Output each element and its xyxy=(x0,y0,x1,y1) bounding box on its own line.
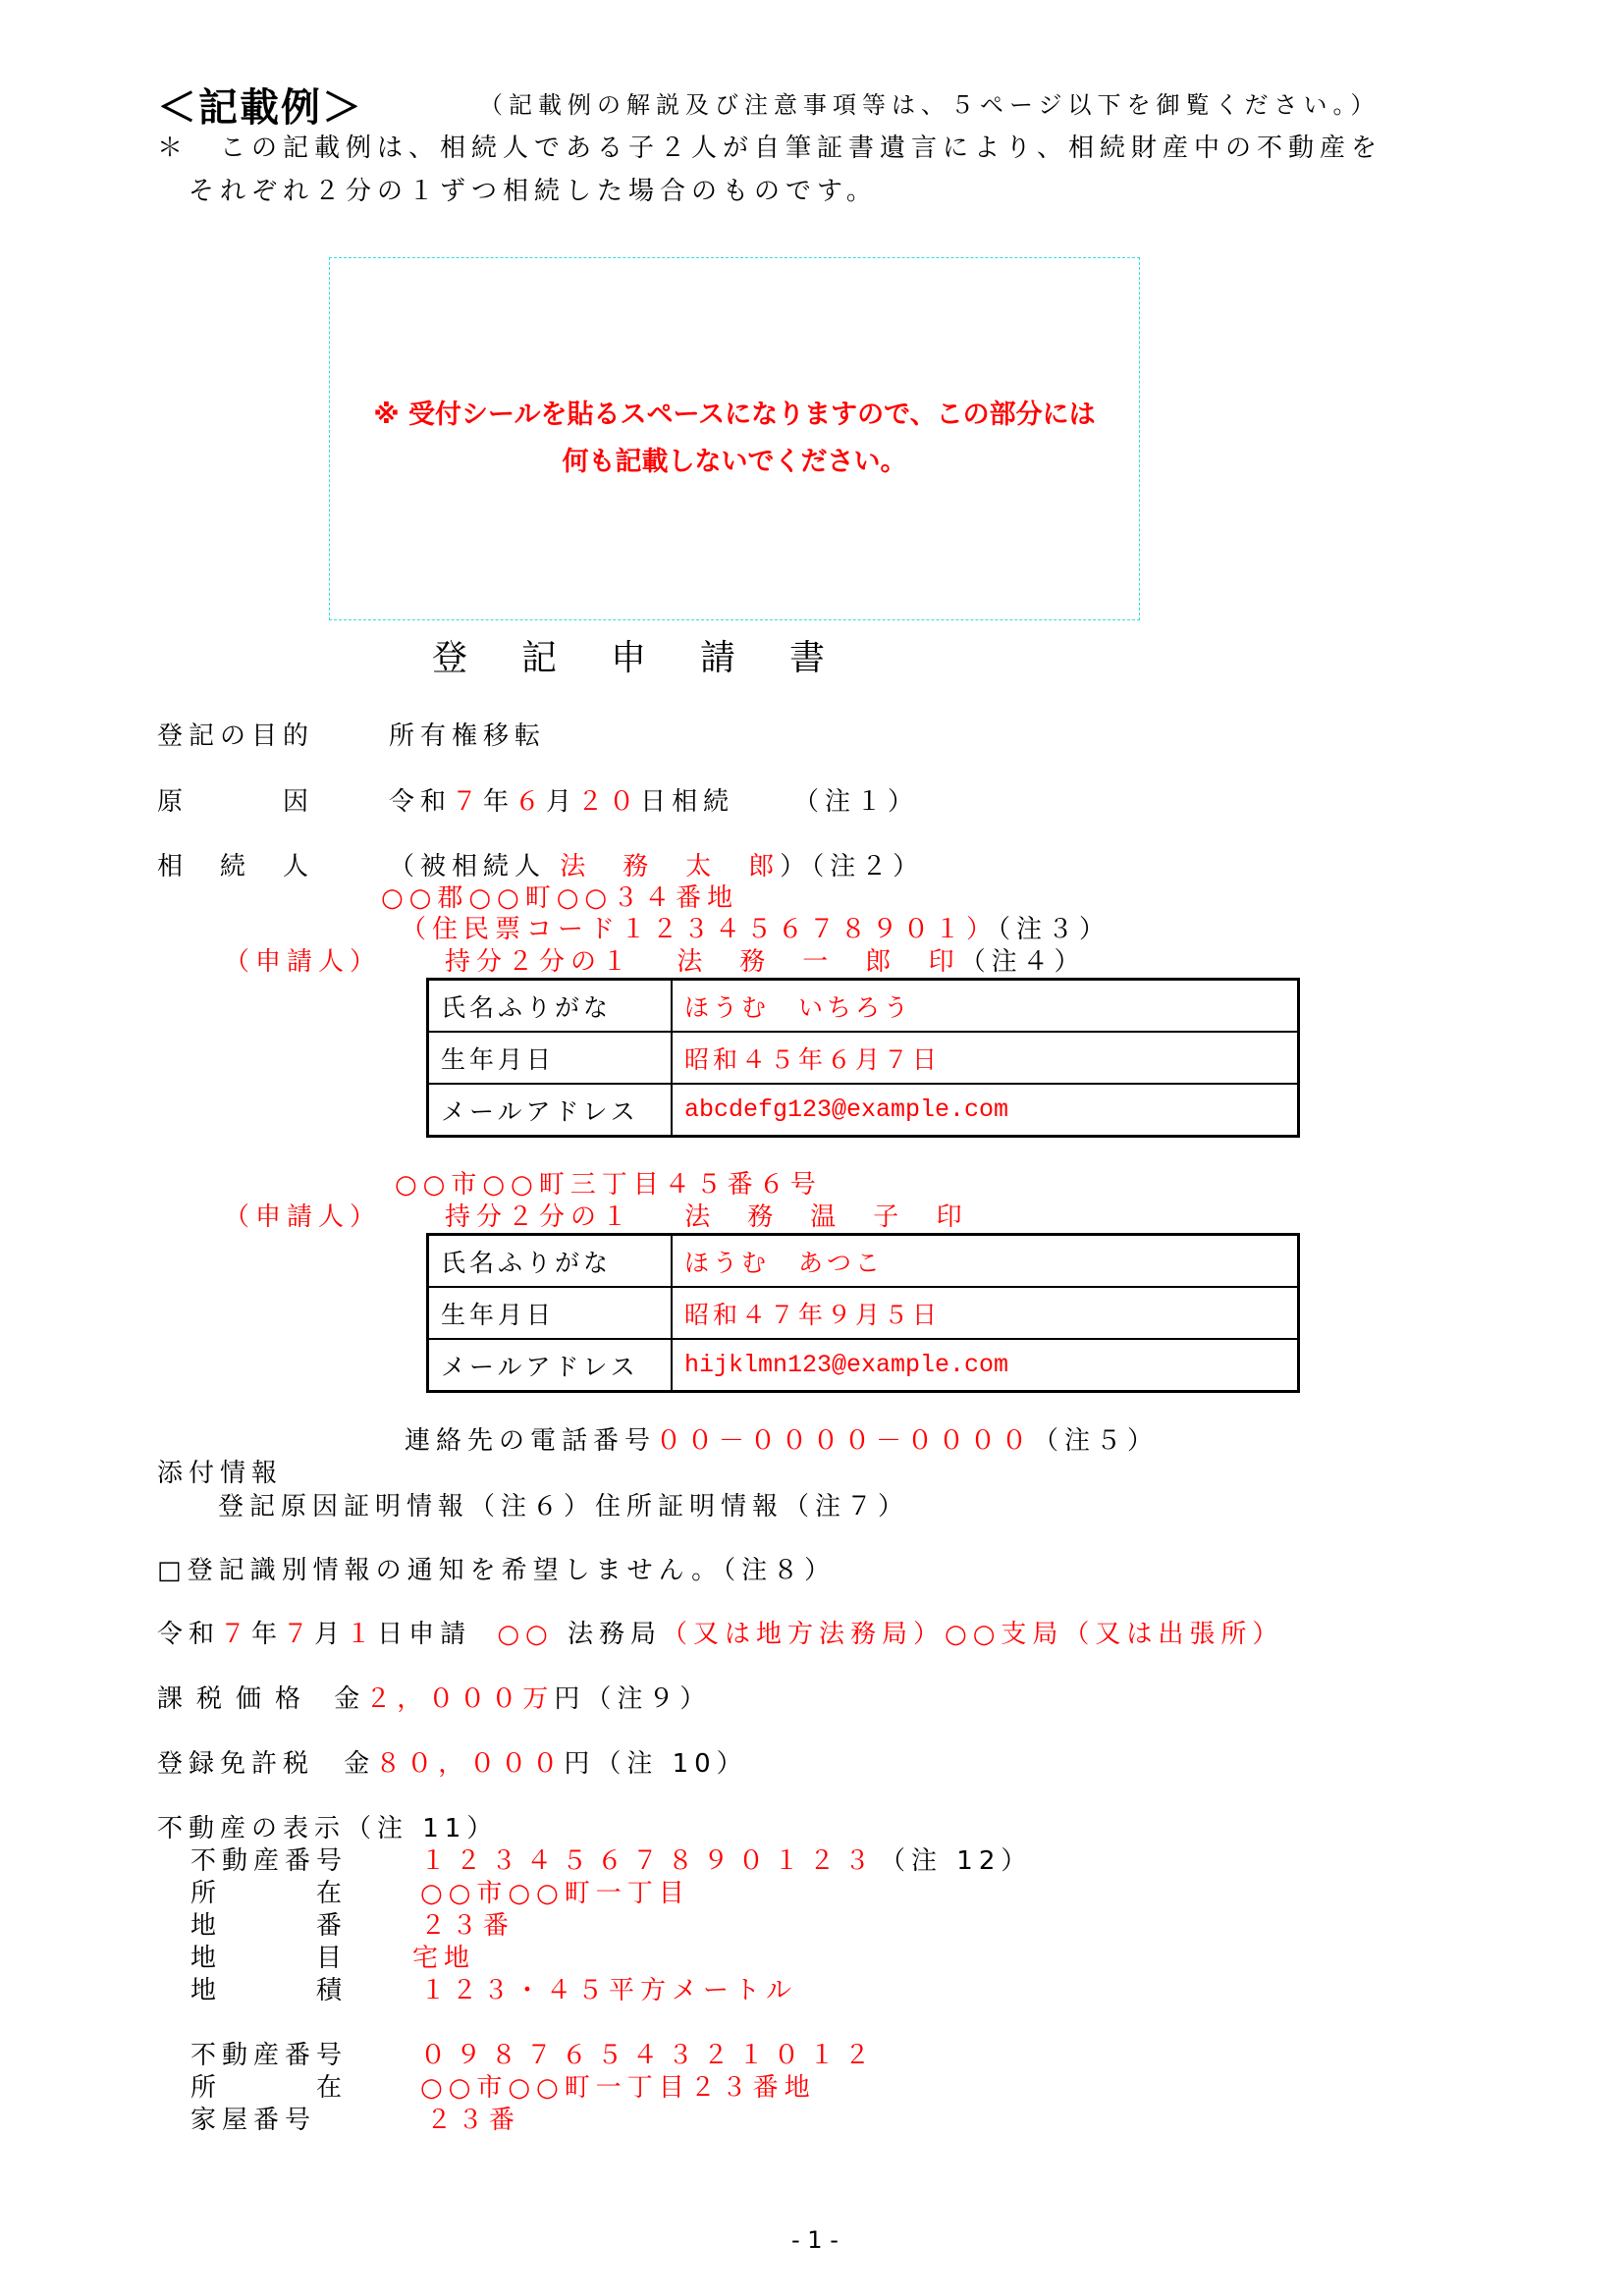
sticker-notice-line2: 何も記載しないでください。 xyxy=(330,439,1139,486)
decedent-name: 法 務 太 郎 xyxy=(560,852,780,881)
birthdate-value: 昭和４７年９月５日 xyxy=(672,1287,1299,1339)
heir1-share-name: 持分２分の１ 法 務 一 郎 印（注４） xyxy=(445,947,1086,977)
land-location-value: ○○市○○町一丁目 xyxy=(420,1879,690,1908)
land-area-label: 地 積 xyxy=(190,1976,348,2005)
building-location-value: ○○市○○町一丁目２３番地 xyxy=(420,2073,816,2103)
table-row: 氏名ふりがな ほうむ いちろう xyxy=(428,980,1299,1033)
purpose-value: 所有権移転 xyxy=(389,721,546,751)
cause-value: 令和７年６月２０日相続 xyxy=(389,787,734,817)
birthdate-label: 生年月日 xyxy=(428,1032,673,1084)
cause-day: ２０ xyxy=(577,787,640,817)
table-row: メールアドレス abcdefg123@example.com xyxy=(428,1084,1299,1137)
building-location-label: 所 在 xyxy=(190,2073,348,2103)
birthdate-label: 生年月日 xyxy=(428,1287,673,1339)
furigana-value: ほうむ いちろう xyxy=(672,980,1299,1033)
office-name: ○○ xyxy=(497,1620,553,1649)
heir1-address: ○○郡○○町○○３４番地 xyxy=(381,883,738,913)
land-location-label: 所 在 xyxy=(190,1879,348,1908)
office-alt: （又は地方法務局）○○支局（又は出張所） xyxy=(662,1620,1283,1649)
cause-note: （注１） xyxy=(793,787,919,817)
checkbox-icon[interactable]: □ xyxy=(157,1556,188,1585)
furigana-value: ほうむ あつこ xyxy=(672,1235,1299,1288)
email-label: メールアドレス xyxy=(428,1084,673,1137)
example-description-line2: それぞれ２分の１ずつ相続した場合のものです。 xyxy=(189,177,878,206)
email-value: hijklmn123@example.com xyxy=(672,1339,1299,1392)
email-value: abcdefg123@example.com xyxy=(672,1084,1299,1137)
application-line: 令和７年７月１日申請 ○○ 法務局（又は地方法務局）○○支局（又は出張所） xyxy=(157,1620,1283,1649)
table-row: メールアドレス hijklmn123@example.com xyxy=(428,1339,1299,1392)
heir2-info-table: 氏名ふりがな ほうむ あつこ 生年月日 昭和４７年９月５日 メールアドレス hi… xyxy=(426,1233,1300,1393)
heirs-label: 相 続 人 xyxy=(157,852,314,881)
land-number-label: 不動産番号 xyxy=(190,1846,348,1876)
lot-number-label: 地 番 xyxy=(190,1911,348,1941)
building-number-value: ０９８７６５４３２１０１２ xyxy=(420,2041,880,2070)
heir1-name: 法 務 一 郎 xyxy=(677,947,896,977)
lot-number-value: ２３番 xyxy=(420,1911,514,1941)
table-row: 生年月日 昭和４５年６月７日 xyxy=(428,1032,1299,1084)
notification-opt-out: □登記識別情報の通知を希望しません。（注８） xyxy=(157,1556,836,1585)
decedent-line: （被相続人 法 務 太 郎）（注２） xyxy=(389,852,924,881)
land-area-value: １２３・４５平方メートル xyxy=(420,1976,797,2005)
cause-month: ６ xyxy=(514,787,546,817)
furigana-label: 氏名ふりがな xyxy=(428,980,673,1033)
heir1-applicant-label: （申請人） xyxy=(224,947,381,977)
land-category-label: 地 目 xyxy=(190,1944,348,1973)
cause-label: 原 因 xyxy=(157,787,314,817)
heir2-seal: 印 xyxy=(937,1202,968,1232)
building-number-label: 不動産番号 xyxy=(190,2041,348,2070)
cause-year: ７ xyxy=(452,787,483,817)
registration-tax-amount: ８０，０００ xyxy=(375,1749,564,1779)
example-heading: ＜記載例＞ xyxy=(157,77,363,133)
attachments-items: 登記原因証明情報（注６）住所証明情報（注７） xyxy=(218,1492,909,1522)
heir2-applicant-label: （申請人） xyxy=(224,1202,381,1232)
purpose-label: 登記の目的 xyxy=(157,721,314,751)
tax-value-line: 課税価格 金２，０００万円（注９） xyxy=(157,1684,711,1714)
office-type: 法務局 xyxy=(568,1620,662,1649)
heir2-name: 法 務 温 子 xyxy=(684,1202,904,1232)
heir2-share-name: 持分２分の１ 法 務 温 子 印 xyxy=(445,1202,968,1232)
example-description-line1: ＊ この記載例は、相続人である子２人が自筆証書遺言により、相続財産中の不動産を xyxy=(157,133,1382,163)
furigana-label: 氏名ふりがな xyxy=(428,1235,673,1288)
land-number-value: １２３４５６７８９０１２３（注 12） xyxy=(420,1846,1032,1876)
house-number-value: ２３番 xyxy=(426,2106,520,2135)
phone-number: ００－００００－００００ xyxy=(656,1426,1033,1456)
property-label: 不動産の表示（注 11） xyxy=(157,1814,498,1843)
heir1-info-table: 氏名ふりがな ほうむ いちろう 生年月日 昭和４５年６月７日 メールアドレス a… xyxy=(426,978,1300,1138)
table-row: 生年月日 昭和４７年９月５日 xyxy=(428,1287,1299,1339)
page-number: - 1 - xyxy=(791,2226,839,2254)
birthdate-value: 昭和４５年６月７日 xyxy=(672,1032,1299,1084)
house-number-label: 家屋番号 xyxy=(190,2106,316,2135)
form-title: 登記申請書 xyxy=(432,630,879,680)
heir2-address: ○○市○○町三丁目４５番６号 xyxy=(395,1170,822,1200)
table-row: 氏名ふりがな ほうむ あつこ xyxy=(428,1235,1299,1288)
email-label: メールアドレス xyxy=(428,1339,673,1392)
registration-tax-line: 登録免許税 金８０，０００円（注 10） xyxy=(157,1749,748,1779)
land-category-value: 宅地 xyxy=(412,1944,475,1973)
example-note: （記載例の解説及び注意事項等は、５ページ以下を御覧ください。） xyxy=(479,90,1380,120)
attachments-label: 添付情報 xyxy=(157,1459,283,1488)
sticker-notice-line1: ※ 受付シールを貼るスペースになりますので、この部分には xyxy=(330,392,1139,439)
contact-phone: 連絡先の電話番号００－００００－００００（注５） xyxy=(405,1426,1159,1456)
heir1-resident-code: （住民票コード１２３４５６７８９０１）（注３） xyxy=(401,915,1110,944)
tax-value-amount: ２，０００万 xyxy=(365,1684,554,1714)
heir1-seal: 印 xyxy=(929,947,960,977)
receipt-sticker-area: ※ 受付シールを貼るスペースになりますので、この部分には 何も記載しないでくださ… xyxy=(329,257,1140,620)
